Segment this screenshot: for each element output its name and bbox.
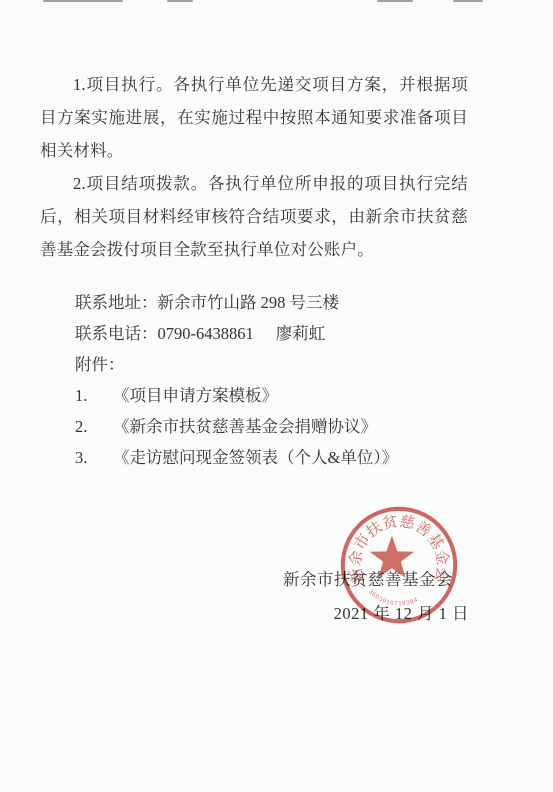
paragraph-project-execution: 1.项目执行。各执行单位先递交项目方案，并根据项目方案实施进展，在实施过程中按照…: [40, 68, 468, 167]
contact-address-line: 联系地址：新余市竹山路 298 号三楼: [75, 287, 468, 318]
paragraph-project-settlement: 2.项目结项拨款。各执行单位所申报的项目执行完结后，相关项目材料经审核符合结项要…: [40, 167, 468, 266]
contact-person: 廖莉虹: [276, 324, 326, 343]
attachment-number: 2.: [75, 411, 113, 442]
seal-star-icon: [370, 536, 414, 578]
phone-value: 0790-6438861: [158, 324, 254, 343]
official-seal: 新余市扶贫慈善基金会 3605010710384: [318, 484, 480, 646]
list-item: 2. 《新余市扶贫慈善基金会捐赠协议》: [75, 411, 468, 442]
attachment-title: 《走访慰问现金签领表（个人&单位）》: [113, 442, 398, 473]
contact-phone-line: 联系电话：0790-6438861廖莉虹: [75, 318, 468, 349]
attachment-title: 《新余市扶贫慈善基金会捐赠协议》: [113, 411, 377, 442]
phone-label: 联系电话：: [75, 324, 158, 343]
seal-serial-number: 3605010710384: [367, 588, 419, 607]
address-value: 新余市竹山路 298 号三楼: [158, 293, 340, 312]
attachment-number: 1.: [75, 380, 113, 411]
document-body: 1.项目执行。各执行单位先递交项目方案，并根据项目方案实施进展，在实施过程中按照…: [40, 68, 468, 473]
scan-artifact: [43, 0, 123, 2]
seal-serial-text: 3605010710384: [367, 588, 419, 607]
scan-artifact: [377, 0, 413, 2]
list-item: 1. 《项目申请方案模板》: [75, 380, 468, 411]
attachment-number: 3.: [75, 442, 113, 473]
address-label: 联系地址：: [75, 293, 158, 312]
attachments-label: 附件：: [75, 349, 468, 380]
attachments-list: 1. 《项目申请方案模板》 2. 《新余市扶贫慈善基金会捐赠协议》 3. 《走访…: [75, 380, 468, 473]
scan-artifact: [167, 0, 193, 2]
attachment-title: 《项目申请方案模板》: [113, 380, 278, 411]
contact-block: 联系地址：新余市竹山路 298 号三楼 联系电话：0790-6438861廖莉虹…: [75, 287, 468, 380]
scan-artifact: [453, 0, 483, 2]
list-item: 3. 《走访慰问现金签领表（个人&单位）》: [75, 442, 468, 473]
document-page: 1.项目执行。各执行单位先递交项目方案，并根据项目方案实施进展，在实施过程中按照…: [0, 0, 553, 792]
